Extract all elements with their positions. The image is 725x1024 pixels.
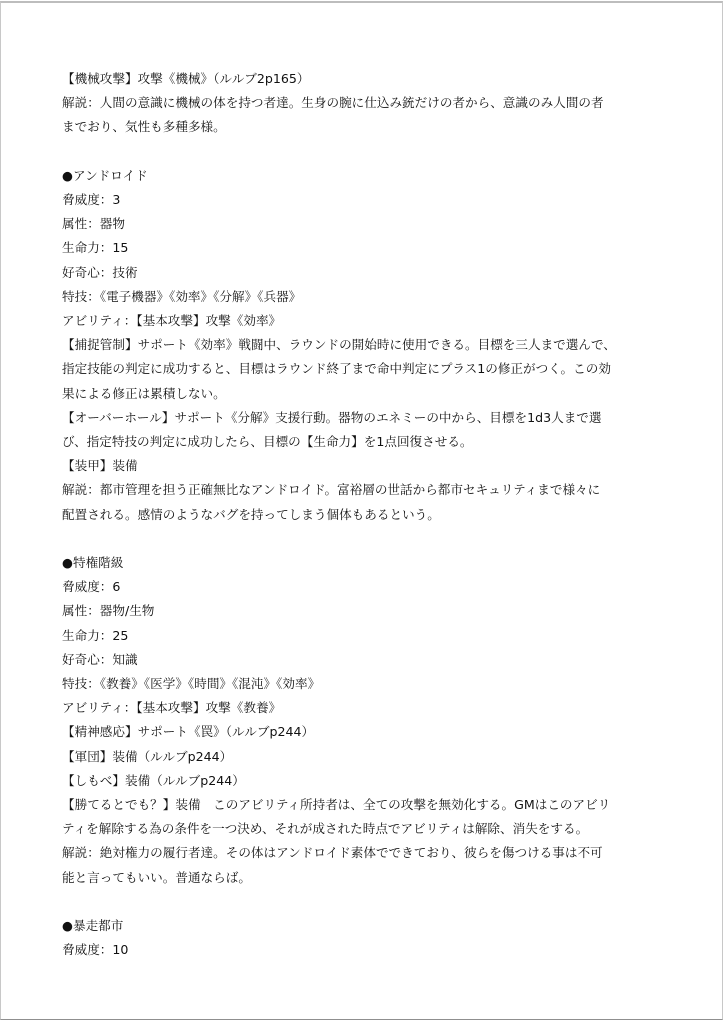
abilities-header: アビリティ：【基本攻撃】攻撃《効率》 — [62, 309, 672, 333]
description-line: 能と言ってもいい。普通ならば。 — [62, 866, 672, 890]
ability-line: 指定技能の判定に成功すると、目標はラウンド終了まで命中判定にプラス1の修正がつく… — [62, 357, 672, 381]
description-line: 配置される。感情のようなバグを持ってしまう個体もあるという。 — [62, 503, 672, 527]
description-line: 解説：都市管理を担う正確無比なアンドロイド。富裕層の世話から都市セキュリティまで… — [62, 478, 672, 502]
ability-line: 【オーバーホール】サポート《分解》支援行動。器物のエネミーの中から、目標を1d3… — [62, 406, 672, 430]
ability-line: び、指定特技の判定に成功したら、目標の【生命力】を1点回復させる。 — [62, 430, 672, 454]
skills-stat: 特技：《教養》《医学》《時間》《混沌》《効率》 — [62, 672, 672, 696]
curiosity-stat: 好奇心：技術 — [62, 261, 672, 285]
ability-line: 【機械攻撃】攻撃《機械》（ルルブ2p165） — [62, 67, 672, 91]
intro-section: 【機械攻撃】攻撃《機械》（ルルブ2p165） 解説：人間の意識に機械の体を持つ者… — [62, 67, 672, 140]
ability-line: 【捕捉管制】サポート《効率》戦闘中、ラウンドの開始時に使用できる。目標を三人まで… — [62, 333, 672, 357]
ability-line: ティを解除する為の条件を一つ決め、それが成された時点でアビリティは解除、消失をす… — [62, 817, 672, 841]
enemy-android: ●アンドロイド 脅威度：3 属性：器物 生命力：15 好奇心：技術 特技：《電子… — [62, 164, 672, 527]
abilities-header: アビリティ：【基本攻撃】攻撃《教養》 — [62, 696, 672, 720]
ability-line: 【しもべ】装備（ルルブp244） — [62, 769, 672, 793]
ability-line: 【装甲】装備 — [62, 454, 672, 478]
enemy-privileged-class: ●特権階級 脅威度：6 属性：器物/生物 生命力：25 好奇心：知識 特技：《教… — [62, 551, 672, 890]
threat-stat: 脅威度：3 — [62, 188, 672, 212]
threat-stat: 脅威度：6 — [62, 575, 672, 599]
attribute-stat: 属性：器物/生物 — [62, 599, 672, 623]
description-line: 解説：人間の意識に機械の体を持つ者達。生身の腕に仕込み銃だけの者から、意識のみ人… — [62, 91, 672, 115]
enemy-name: ●暴走都市 — [62, 914, 672, 938]
description-line: 解説：絶対権力の履行者達。その体はアンドロイド素体でできており、彼らを傷つける事… — [62, 841, 672, 865]
threat-stat: 脅威度：10 — [62, 938, 672, 962]
attribute-stat: 属性：器物 — [62, 212, 672, 236]
life-stat: 生命力：15 — [62, 236, 672, 260]
life-stat: 生命力：25 — [62, 624, 672, 648]
ability-line: 果による修正は累積しない。 — [62, 382, 672, 406]
ability-line: 【精神感応】サポート《罠》（ルルブp244） — [62, 720, 672, 744]
document-body: 【機械攻撃】攻撃《機械》（ルルブ2p165） 解説：人間の意識に機械の体を持つ者… — [62, 67, 672, 962]
description-line: までおり、気性も多種多様。 — [62, 115, 672, 139]
enemy-name: ●特権階級 — [62, 551, 672, 575]
spacer — [62, 140, 672, 164]
skills-stat: 特技：《電子機器》《効率》《分解》《兵器》 — [62, 285, 672, 309]
ability-line: 【勝てるとでも？】装備 このアビリティ所持者は、全ての攻撃を無効化する。GMはこ… — [62, 793, 672, 817]
curiosity-stat: 好奇心：知識 — [62, 648, 672, 672]
spacer — [62, 527, 672, 551]
enemy-runaway-city: ●暴走都市 脅威度：10 — [62, 914, 672, 962]
ability-line: 【軍団】装備（ルルブp244） — [62, 745, 672, 769]
spacer — [62, 890, 672, 914]
enemy-name: ●アンドロイド — [62, 164, 672, 188]
document-page: 【機械攻撃】攻撃《機械》（ルルブ2p165） 解説：人間の意識に機械の体を持つ者… — [0, 1, 723, 1020]
